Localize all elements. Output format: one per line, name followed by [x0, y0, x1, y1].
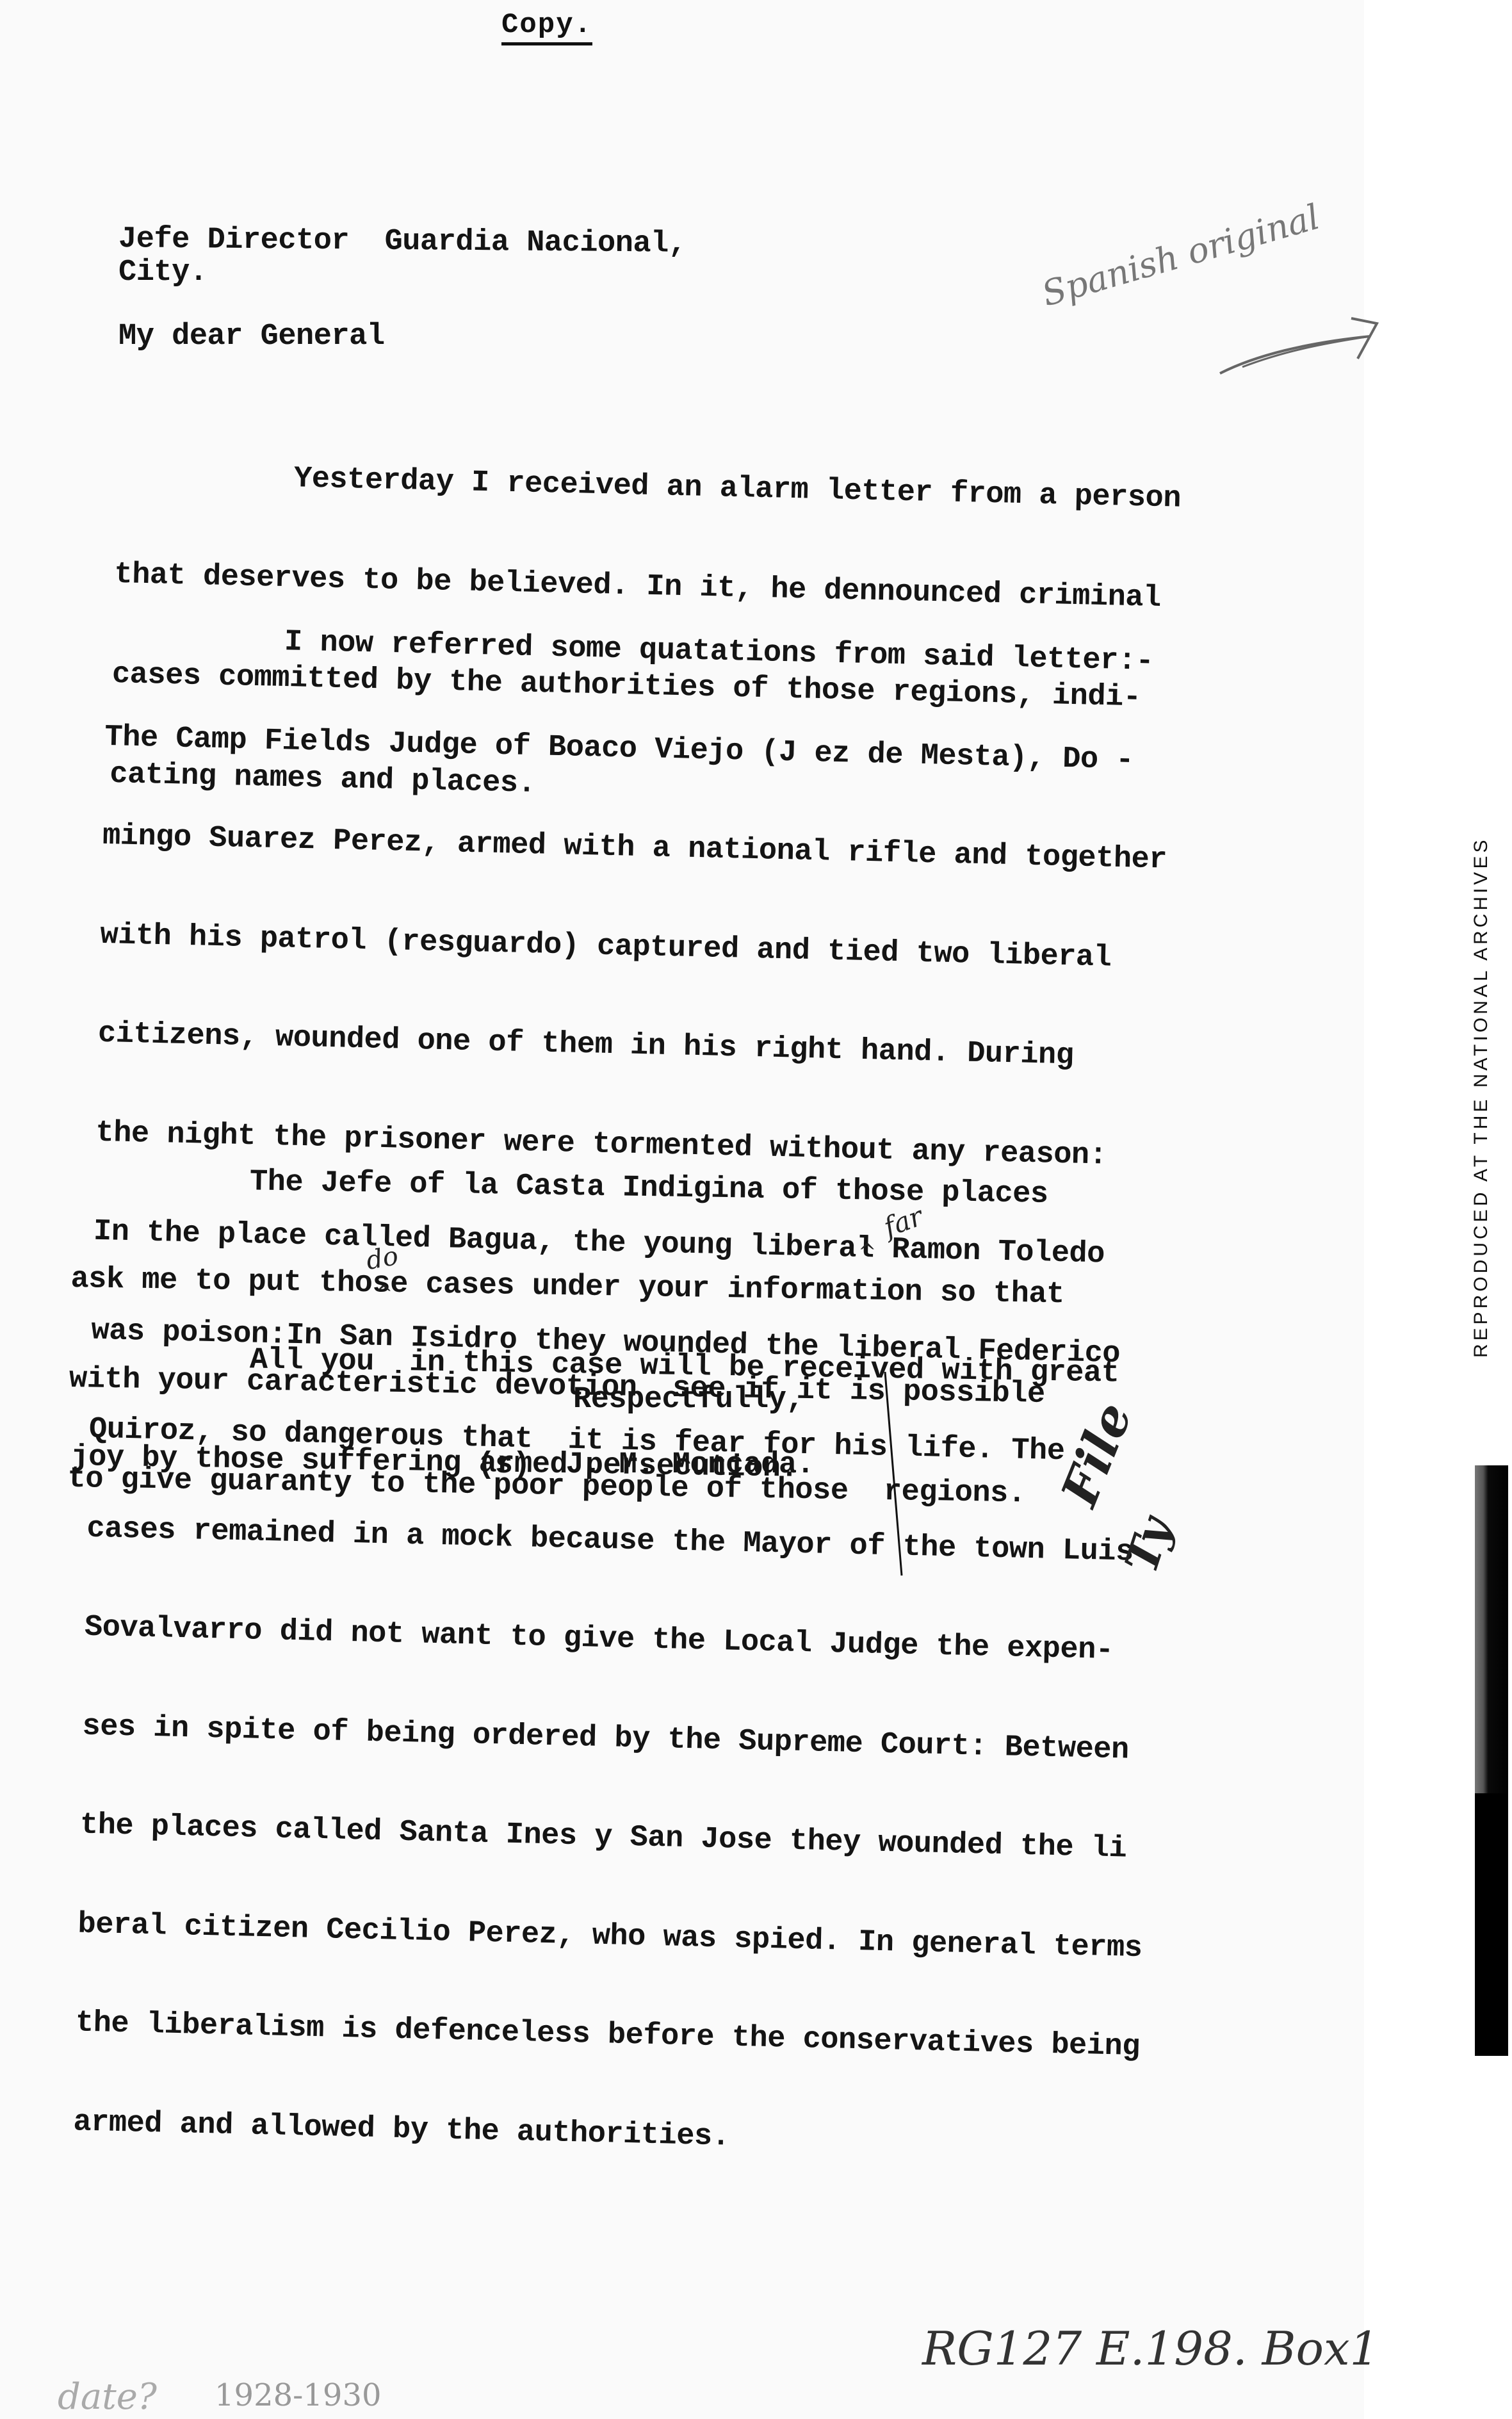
paragraph-line: beral citizen Cecilio Perez, who was spi…	[77, 1908, 1142, 1965]
signature: (s) J. M. Moncada.	[477, 1449, 814, 1482]
handwritten-arrow-icon	[1217, 317, 1383, 375]
paragraph-line: The Camp Fields Judge of Boaco Viejo (J …	[104, 721, 1169, 778]
caret-mark-far: ^	[858, 1239, 877, 1265]
archive-stamp-bar-base	[1475, 1793, 1508, 2056]
archive-stamp-text: REPRODUCED AT THE NATIONAL ARCHIVES	[1470, 837, 1492, 1358]
paragraph-line: mingo Suarez Perez, armed with a nationa…	[102, 820, 1167, 877]
handwritten-date-range: 1928-1930	[215, 2377, 382, 2413]
copy-header: Copy.	[501, 9, 592, 45]
paragraph-line: ses in spite of being ordered by the Sup…	[82, 1710, 1147, 1767]
paragraph-line: with his patrol (resguardo) captured and…	[100, 918, 1165, 975]
closing: Respectfully,	[573, 1383, 804, 1417]
paragraph-line: citizens, wounded one of them in his rig…	[97, 1018, 1162, 1075]
addressee-line-2: City.	[118, 256, 207, 289]
paragraph-line: Sovalvarro did not want to give the Loca…	[84, 1611, 1149, 1668]
paragraph-line: I now referred some quatations from said…	[106, 622, 1171, 679]
handwritten-insert-do: do	[364, 1241, 400, 1276]
salutation: My dear General	[118, 320, 385, 354]
paragraph-line: the places called Santa Ines y San Jose …	[79, 1809, 1144, 1866]
pen-stroke-line	[884, 1371, 909, 1582]
handwritten-date-note: date?	[58, 2376, 157, 2418]
paragraph-line: Yesterday I received an alarm letter fro…	[116, 459, 1181, 516]
paragraph-line: the liberalism is defenceless before the…	[75, 2007, 1140, 2064]
caret-mark-do: ^	[375, 1281, 393, 1307]
paragraph-line: armed and allowed by the authorities.	[73, 2106, 1138, 2163]
handwritten-archive-reference: RG127 E.198. Box1	[922, 2322, 1379, 2375]
